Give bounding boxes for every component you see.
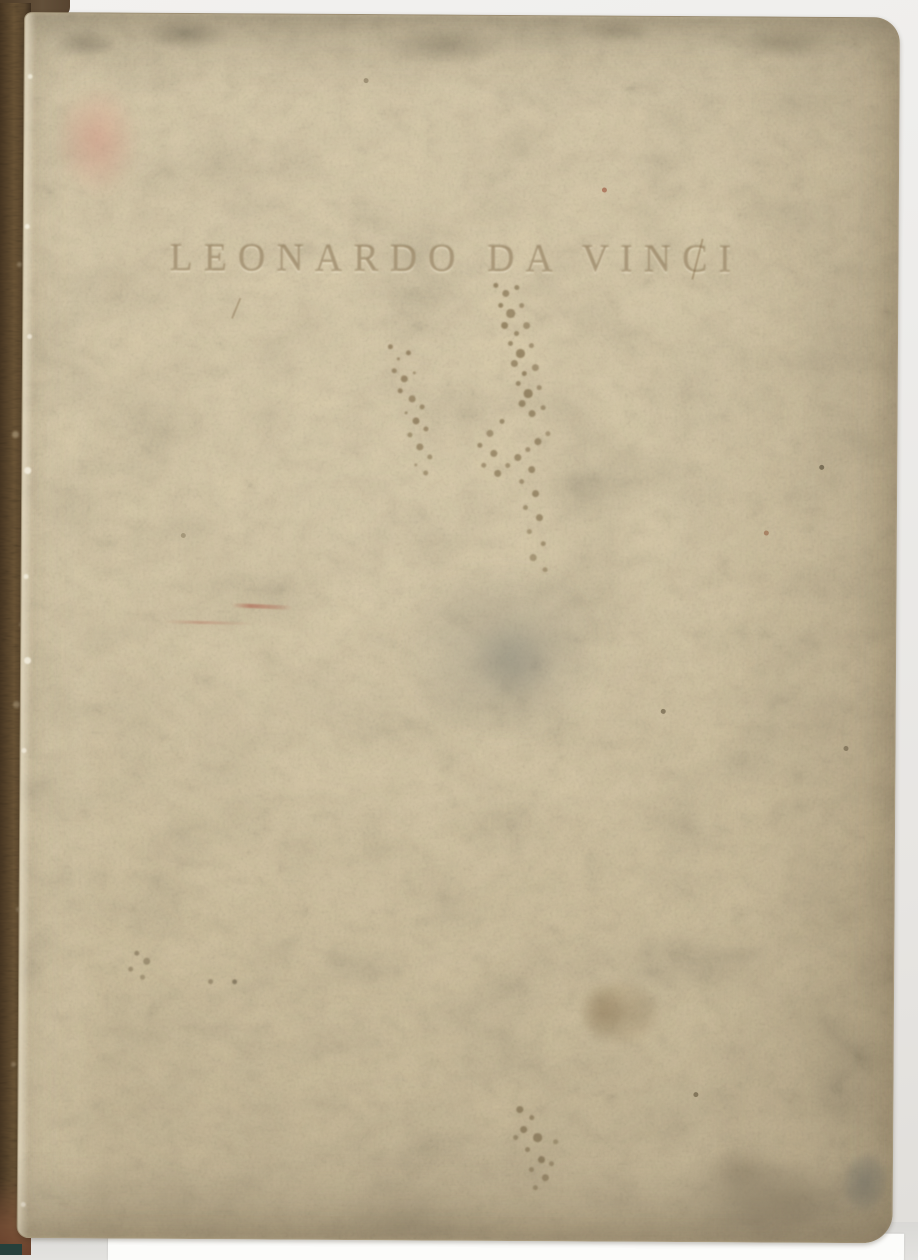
- pink-stain: [46, 83, 139, 202]
- gray-smudge-center: [370, 560, 611, 751]
- scratch-mark-small: [231, 298, 241, 319]
- red-pigment-line-faint: [163, 620, 253, 625]
- bottom-right-mottling: [690, 1125, 841, 1242]
- spine-scuff-marks: [0, 3, 3, 6]
- spine-tip-dark: [0, 1244, 22, 1255]
- book-cover-photo: LEONARDO DA VINCI: [0, 0, 918, 1260]
- round-brown-stain: [567, 969, 686, 1072]
- red-pigment-line: [231, 603, 293, 610]
- parchment-cover: LEONARDO DA VINCI: [17, 12, 900, 1243]
- cover-inscription: LEONARDO DA VINCI: [169, 238, 809, 279]
- scattered-specks: [25, 13, 28, 16]
